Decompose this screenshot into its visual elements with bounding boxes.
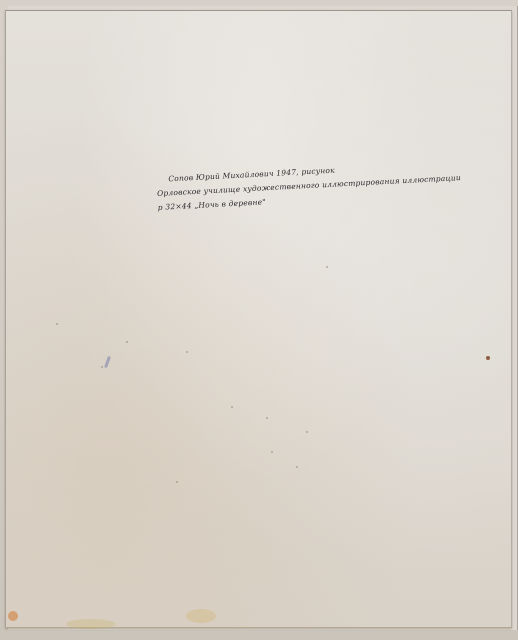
edge-stain [66, 619, 116, 629]
speck [271, 451, 273, 453]
edge-stain [186, 609, 216, 623]
speck [101, 366, 103, 368]
speck [231, 406, 233, 408]
speck [486, 356, 490, 360]
paper-sheet: Сопов Юрий Михайлович 1947, рисунок Орло… [5, 10, 512, 628]
corner-stain [8, 611, 18, 621]
speck [176, 481, 178, 483]
speck [266, 417, 268, 419]
handwritten-inscription: Сопов Юрий Михайлович 1947, рисунок Орло… [156, 157, 458, 215]
speck [126, 341, 128, 343]
speck [326, 266, 328, 268]
speck [296, 466, 298, 468]
speck [186, 351, 188, 353]
speck [56, 323, 58, 325]
speck [306, 431, 308, 433]
ink-smudge [104, 356, 111, 368]
